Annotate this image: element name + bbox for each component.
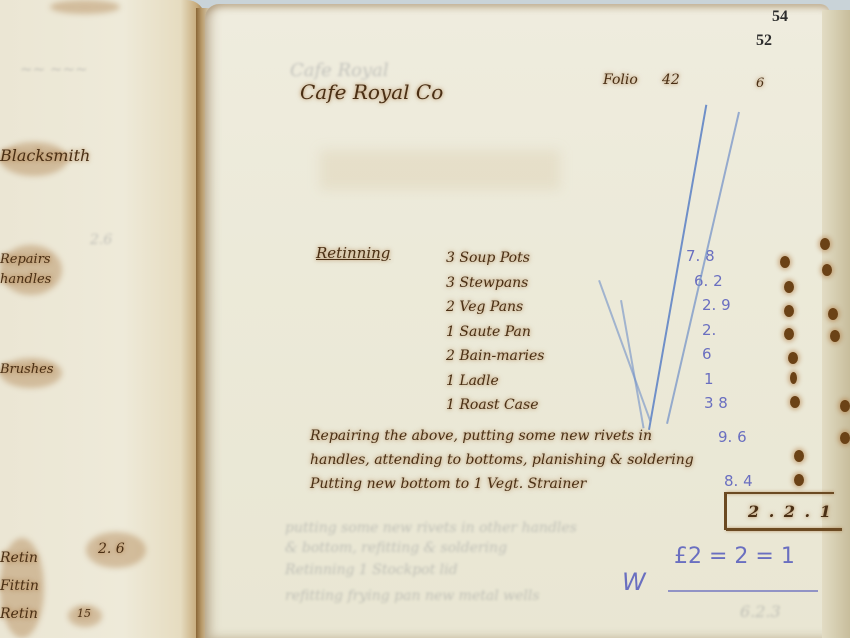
bleed-through-line: & bottom, refitting & soldering [285,540,507,556]
page-number-stamp: 52 [756,32,772,50]
ink-digit [784,328,794,340]
total-ink: 2 . 2 . 1 [748,502,833,521]
items-list: 3 Soup Pots 3 Stewpans 2 Veg Pans 1 Saut… [446,246,545,418]
ghost-text: ~~ ~~~ [20,60,88,78]
ink-digit [822,264,832,276]
left-amount: 15 [77,607,91,620]
ink-digit [794,450,804,462]
total-rule [726,492,834,494]
repair-line: Repairing the above, putting some new ri… [310,424,694,448]
ink-digit [784,281,794,293]
pencil-amount: 8. 4 [724,472,753,490]
pencil-amount: 9. 6 [718,428,747,446]
left-fragment: Blacksmith [0,146,90,165]
left-fragment: Repairs [0,252,51,267]
bleed-through-line: Retinning 1 Stockpot lid [285,562,458,578]
ink-digit [794,474,804,486]
total-rule [726,528,842,531]
ghost-amount: 6.2.3 [740,602,781,621]
ink-digit [830,330,840,342]
pencil-amount: 1 [686,367,731,392]
list-item: 1 Roast Case [446,393,545,418]
pencil-amount: 6. 2 [686,269,731,294]
ink-digit [840,400,850,412]
pencil-amounts: 7. 8 6. 2 2. 9 2. 6 1 3 8 [686,244,731,416]
bleed-through-line: putting some new rivets in other handles [285,520,577,536]
left-amount: 2. 6 [98,541,125,557]
pencil-underline [668,590,818,592]
list-item: 3 Stewpans [446,271,545,296]
pencil-amount: 2. [686,318,731,343]
list-item: 3 Soup Pots [446,246,545,271]
entry-label: Retinning [316,244,390,262]
ink-digit [840,432,850,444]
total-bracket [724,492,727,530]
ghost-amount: 2.6 [90,232,112,248]
list-item: 2 Bain-maries [446,344,545,369]
ink-digit [828,308,838,320]
corner-mark: 6 [756,76,764,91]
list-item: 2 Veg Pans [446,295,545,320]
stain [320,150,560,190]
folio-number: 42 [662,72,680,88]
repairs-text: Repairing the above, putting some new ri… [310,424,694,496]
ink-digit [788,352,798,364]
list-item: 1 Saute Pan [446,320,545,345]
ink-digit [820,238,830,250]
list-item: 1 Ladle [446,369,545,394]
pencil-total: £2 = 2 = 1 [674,544,795,569]
pencil-amount: 3 8 [686,391,731,416]
page-edge [822,10,850,638]
bleed-through-line: refitting frying pan new metal wells [285,588,540,604]
folio-label: Folio [603,72,638,88]
page-number-stamp: 54 [772,8,788,26]
ghost-title: Cafe Royal [290,60,389,81]
repair-line: handles, attending to bottoms, planishin… [310,448,694,472]
ink-digit [784,305,794,317]
pencil-initials: W [622,568,646,596]
ink-digit [790,396,800,408]
left-fragment: Brushes [0,362,54,377]
ink-digit [790,372,797,384]
ink-digit [780,256,790,268]
account-title: Cafe Royal Co [300,80,443,104]
left-fragment: handles [0,272,51,287]
left-fragment: RetinFittinRetin [0,544,39,628]
ink-blot [50,0,120,14]
pencil-amount: 6 [686,342,731,367]
repair-line: Putting new bottom to 1 Vegt. Strainer [310,472,694,496]
